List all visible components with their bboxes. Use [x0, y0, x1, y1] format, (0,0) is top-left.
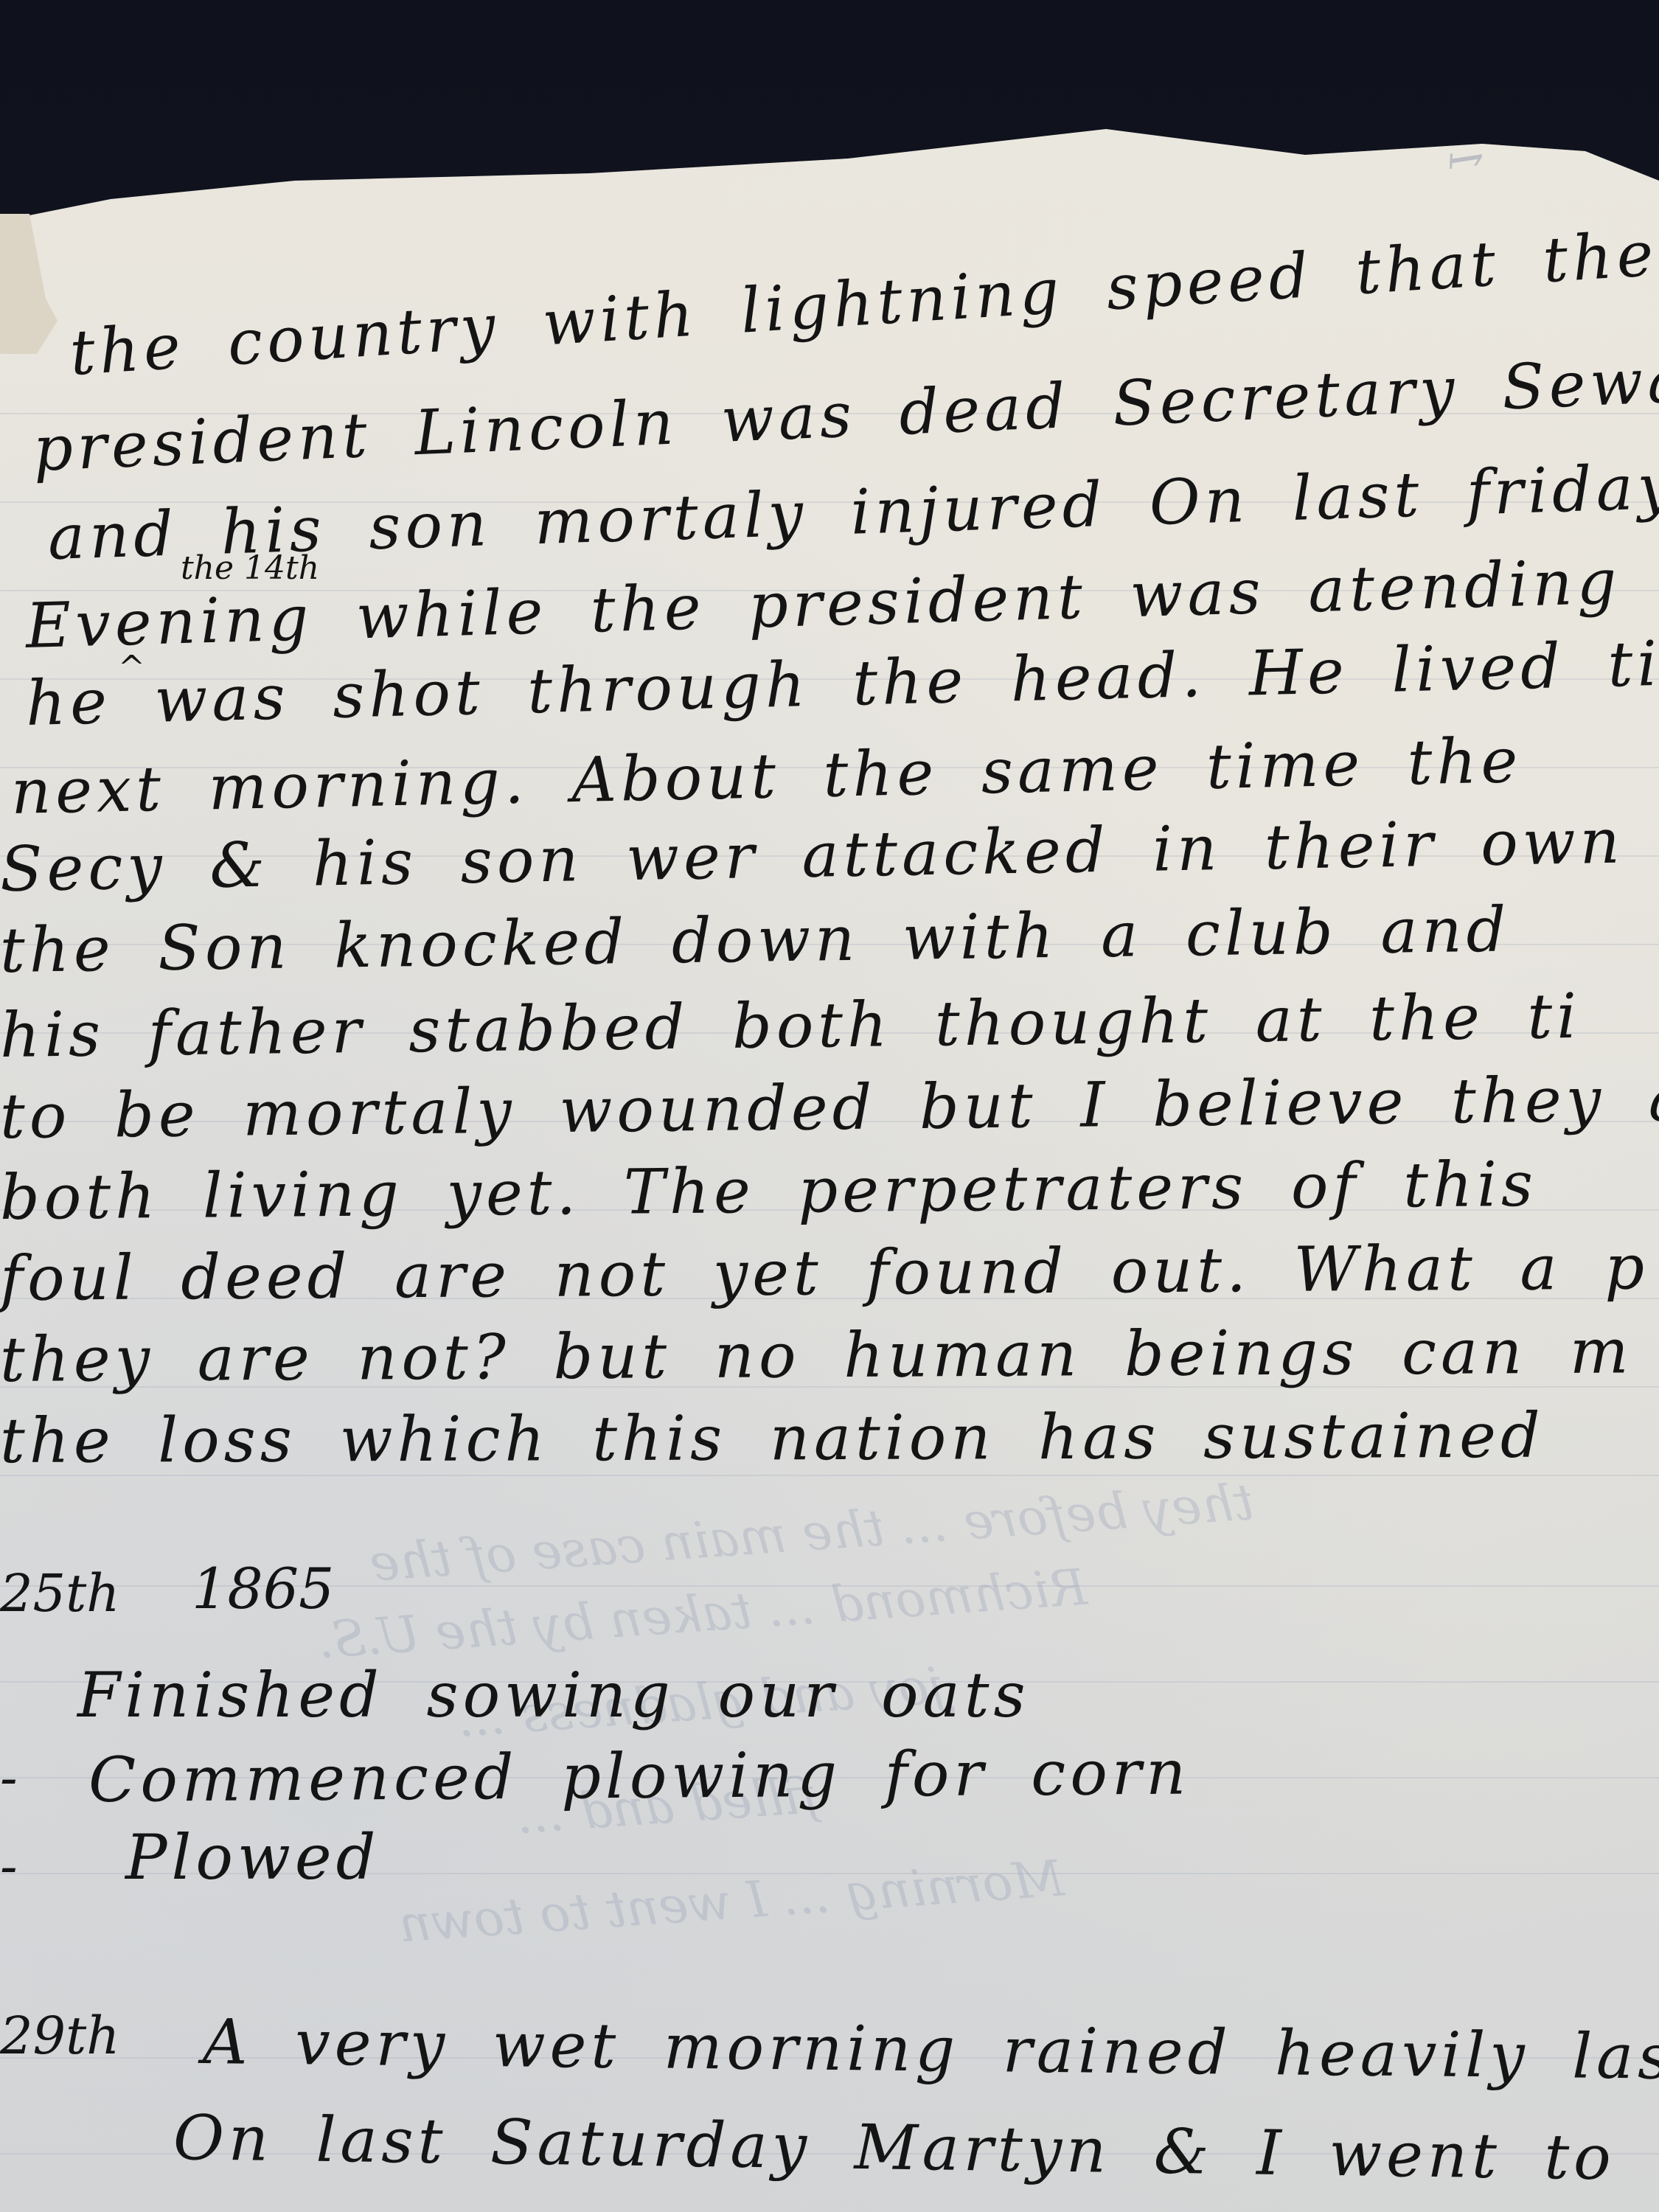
entry-date-margin: 29th: [0, 2006, 119, 2066]
text-line: both living yet. The perpetraters of thi…: [0, 1148, 1537, 1234]
text-line: they are not? but no human beings can m: [0, 1315, 1633, 1396]
margin-dash: -: [0, 1747, 18, 1808]
text-line: the Son knocked down with a club and: [0, 893, 1511, 987]
entry-year: 1865: [192, 1556, 334, 1621]
text-line: Commenced plowing for corn: [88, 1736, 1191, 1816]
margin-dash: -: [0, 1836, 18, 1896]
bleed-through-text: Morning ... I went to town: [397, 1850, 1065, 1955]
entry-date-margin: 25th: [0, 1563, 119, 1624]
bleed-through-text: they before ... the main case of the: [368, 1473, 1256, 1593]
diary-page: they before ... the main case of the Ric…: [0, 0, 1659, 2212]
text-line: his father stabbed both thought at the t…: [0, 980, 1582, 1071]
text-line: A very wet morning rained heavily last: [202, 2006, 1659, 2093]
text-line: On last Saturday Martyn & I went to G: [173, 2101, 1659, 2195]
text-line: foul deed are not yet found out. What a …: [0, 1231, 1649, 1315]
text-line: to be mortaly wounded but I believe they…: [0, 1062, 1659, 1152]
text-line: Plowed: [125, 1821, 380, 1893]
text-line: Finished sowing our oats: [77, 1659, 1030, 1731]
interlinear-insert: the 14th: [181, 549, 319, 587]
text-line: the loss which this nation has sustained: [0, 1399, 1545, 1477]
